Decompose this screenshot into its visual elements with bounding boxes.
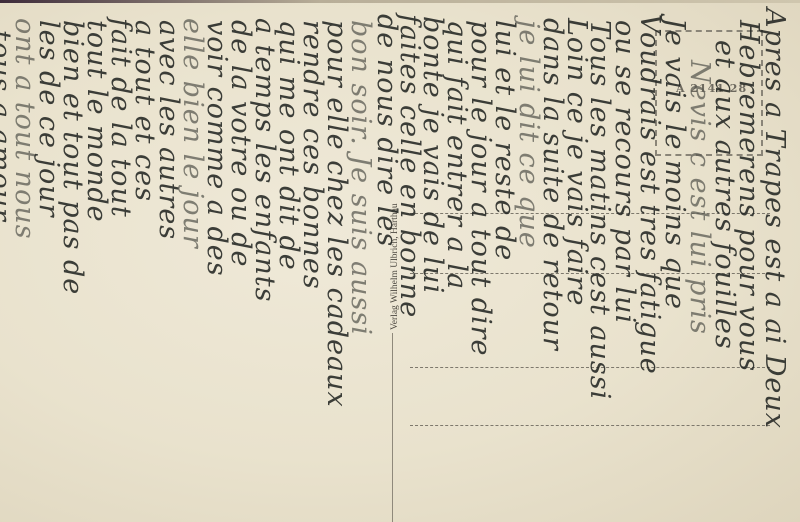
handwriting-column: tous a amour [0,30,16,222]
address-line-2 [410,273,770,274]
handwriting-column: les de ce jour [33,20,64,218]
postcard-back: A 2141 28 Verlag Wilhelm Ulbrich, Hartha… [0,0,800,522]
address-line-1 [410,213,770,214]
address-line-3 [410,367,770,368]
handwriting-column: bon soir. Je suis aussi [345,20,376,336]
handwriting-column: dans la suite de retour [537,18,568,351]
handwriting-column: de la votre ou de [225,20,256,267]
handwriting-column: Tous les matins cest aussi [584,20,615,400]
handwriting-column: a temps les enfants [249,18,280,302]
publisher-imprint: Verlag Wilhelm Ulbrich, Harthau [390,203,400,330]
handwriting-column: a tout et ces [129,20,160,202]
handwriting-column: ou se recours par lui [609,20,640,324]
handwriting-column: rendre ces bonnes [297,20,328,290]
handwriting-column: avec les autres [153,20,184,240]
handwriting-column: qui me ont dit de [273,20,304,271]
handwriting-column: bien et tout pas de [57,20,88,295]
handwriting-column: bonte je vais de lui [417,16,448,294]
handwriting-column: elle bien le jour [177,18,208,249]
handwriting-column: tout le monde [81,20,112,223]
card-edge [0,0,800,3]
handwriting-column: Apres a Trapes est a ai Deux [759,8,790,429]
handwriting-column: je lui dit ce que [513,20,544,249]
handwriting-column: pour le jour a tout dire [465,20,496,357]
handwriting-column: ont a tout nous [9,18,40,240]
center-divider-line [392,333,393,522]
handwriting-column: qui fait entrer a la [441,20,472,290]
handwriting-column: Loin ce je vais faire [561,18,592,306]
address-line-4 [410,425,770,426]
handwriting-column: voir comme a des [201,20,232,277]
handwriting-column: lui et le reste de [489,20,520,261]
handwriting-column: pour elle chez les cadeaux [321,20,352,408]
stamp-code: A 2141 28 [676,82,747,95]
handwriting-column: fait de la tout [105,18,136,218]
